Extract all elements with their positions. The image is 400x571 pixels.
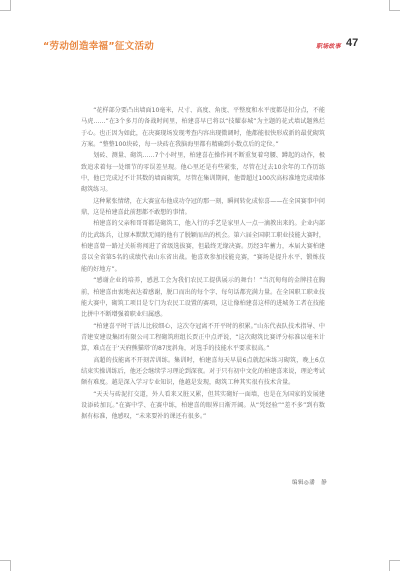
column-title: “劳动创造幸福”征文活动 bbox=[43, 38, 154, 52]
section-tag: 职场故事 bbox=[316, 41, 341, 50]
article-body: “花样部分要凸出墙面10毫米，尺寸、高度、角度、平整度和水平度都是扣分点，不能马… bbox=[81, 105, 325, 423]
crop-mark-bottom-right bbox=[389, 560, 400, 571]
paragraph: “花样部分要凸出墙面10毫米，尺寸、高度、角度、平整度和水平度都是扣分点，不能马… bbox=[81, 105, 325, 150]
crop-mark-bottom-left bbox=[0, 560, 11, 571]
paragraph: 高超的技能离不开刻苦训练。集训时，柏建喜每天早晨6点就起床练习砌筑，晚上6点结束… bbox=[81, 355, 325, 389]
paragraph: “柏建喜平时干活儿比较细心，这次夺冠离不开平时的积累。”山东代表队技术指导、中青… bbox=[81, 321, 325, 355]
paragraph: 这种紧张情绪，在大赛宣布他成功夺冠的那一刻，瞬间转化成惊喜——在全国赛事中问鼎，… bbox=[81, 196, 325, 219]
paragraph: 柏建喜的父亲和哥哥都是砌筑工，他入行的手艺是家里人一点一滴教出来的。企业内部的比… bbox=[81, 218, 325, 275]
paragraph: 划砖、测量、砌筑……7个小时里，柏建喜在操作间不断重复着弯腰、蹲起的动作，极致追… bbox=[81, 150, 325, 195]
crop-mark-top-right bbox=[389, 0, 400, 11]
crop-mark-top-left bbox=[0, 0, 11, 11]
paragraph: “天天与砖泥打交道，外人看来又脏又累，但其实砌好一面墙，也是在为国家的发展建设添… bbox=[81, 389, 325, 423]
editor-credit: 编辑◎潘 静 bbox=[292, 478, 327, 486]
paragraph: “感谢企业的培养，感恩工会为我们农民工提供展示的舞台！”当沉甸甸的金牌挂在胸前，… bbox=[81, 275, 325, 320]
page-number: 47 bbox=[346, 37, 358, 49]
